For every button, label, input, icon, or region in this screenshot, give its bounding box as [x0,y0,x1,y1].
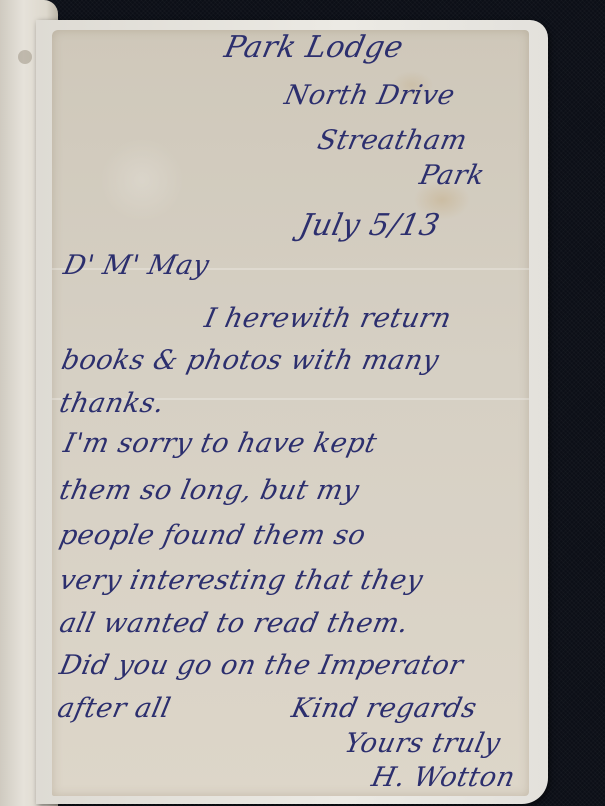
address-line-3: Streatham [315,125,470,156]
salutation: D' M' May [61,250,212,281]
body-line: I'm sorry to have kept [61,428,380,459]
body-line: all wanted to read them. [57,608,412,639]
body-line: Did you go on the Imperator [57,650,466,681]
body-line: books & photos with many [59,345,442,376]
body-line: very interesting that they [57,565,426,596]
address-line-2: North Drive [282,80,458,111]
body-line: after all [55,693,174,724]
paper-stain [18,50,32,64]
body-line: people found them so [57,520,369,551]
valediction: Yours truly [342,728,504,759]
address-line-4: Park [417,160,488,191]
signature: H. Wotton [369,762,518,793]
body-line: I herewith return [202,303,455,334]
closing: Kind regards [289,693,480,724]
body-line: thanks. [57,388,168,419]
letter-date: July 5/13 [296,208,443,243]
body-line: them so long, but my [57,475,362,506]
address-line-1: Park Lodge [221,30,406,65]
